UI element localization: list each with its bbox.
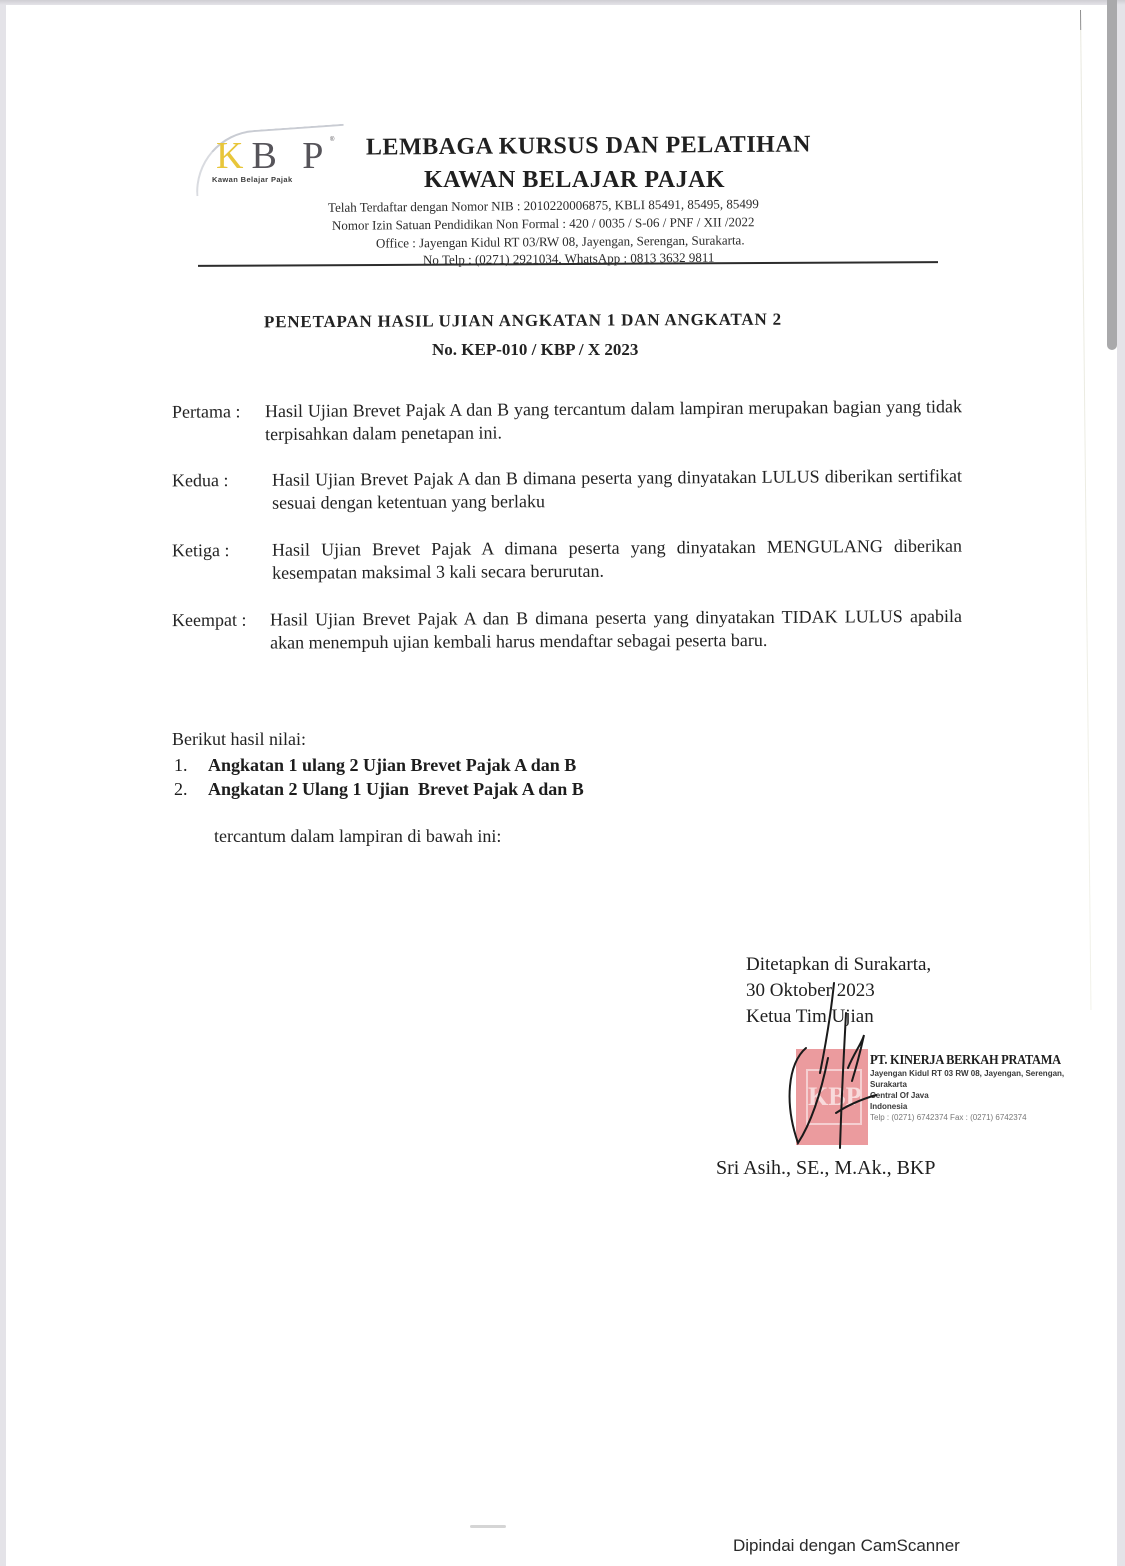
results-outro: tercantum dalam lampiran di bawah ini: bbox=[214, 826, 501, 847]
clause-text: Hasil Ujian Brevet Pajak A dimana pesert… bbox=[272, 535, 962, 585]
stamp-phone-line: Telp : (0271) 6742374 Fax : (0271) 67423… bbox=[870, 1112, 1077, 1123]
list-item: 1.Angkatan 1 ulang 2 Ujian Brevet Pajak … bbox=[174, 753, 584, 777]
results-intro: Berikut hasil nilai: bbox=[172, 729, 306, 750]
vertical-scrollbar[interactable] bbox=[1107, 0, 1117, 360]
stamp-region-line: Central Of Java bbox=[870, 1090, 1077, 1101]
logo-letter-k: K bbox=[216, 135, 251, 177]
clause-text: Hasil Ujian Brevet Pajak A dan B yang te… bbox=[265, 395, 962, 446]
decree-title: PENETAPAN HASIL UJIAN ANGKATAN 1 DAN ANG… bbox=[264, 310, 782, 333]
clause-label: Ketiga : bbox=[172, 539, 230, 562]
letterhead: KB P ® Kawan Belajar Pajak LEMBAGA KURSU… bbox=[186, 123, 946, 273]
list-item-number: 2. bbox=[174, 777, 208, 801]
logo-tagline: Kawan Belajar Pajak bbox=[212, 175, 293, 184]
decree-number: No. KEP-010 / KBP / X 2023 bbox=[432, 340, 638, 360]
office-address-line: Office : Jayengan Kidul RT 03/RW 08, Jay… bbox=[376, 232, 745, 251]
list-item-text: Angkatan 1 ulang 2 Ujian Brevet Pajak A … bbox=[208, 755, 576, 775]
logo-letters: KB P bbox=[216, 137, 331, 175]
scan-smudge bbox=[470, 1525, 506, 1528]
logo-trademark: ® bbox=[330, 137, 334, 143]
clause-text: Hasil Ujian Brevet Pajak A dan B dimana … bbox=[272, 465, 962, 515]
clause-keempat: Keempat : Hasil Ujian Brevet Pajak A dan… bbox=[172, 605, 962, 655]
kbp-logo: KB P ® Kawan Belajar Pajak bbox=[194, 131, 334, 187]
clause-label: Kedua : bbox=[172, 469, 229, 492]
document-page: KB P ® Kawan Belajar Pajak LEMBAGA KURSU… bbox=[6, 5, 1117, 1566]
scrollbar-thumb[interactable] bbox=[1107, 0, 1117, 350]
list-item: 2.Angkatan 2 Ulang 1 Ujian Brevet Pajak … bbox=[174, 777, 584, 801]
clause-label: Pertama : bbox=[172, 400, 241, 423]
clause-text: Hasil Ujian Brevet Pajak A dan B dimana … bbox=[270, 605, 962, 655]
clause-label: Keempat : bbox=[172, 609, 247, 632]
stamp-company-name: PT. KINERJA BERKAH PRATAMA bbox=[870, 1052, 1061, 1068]
paper-edge-fold bbox=[1080, 10, 1091, 1010]
results-list: 1.Angkatan 1 ulang 2 Ujian Brevet Pajak … bbox=[174, 753, 584, 801]
list-item-text: Angkatan 2 Ulang 1 Ujian Brevet Pajak A … bbox=[208, 779, 584, 799]
clause-ketiga: Ketiga : Hasil Ujian Brevet Pajak A dima… bbox=[172, 535, 962, 586]
org-name-line-1: LEMBAGA KURSUS DAN PELATIHAN bbox=[366, 131, 811, 161]
signer-name: Sri Asih., SE., M.Ak., BKP bbox=[716, 1157, 936, 1180]
clause-kedua: Kedua : Hasil Ujian Brevet Pajak A dan B… bbox=[172, 465, 962, 516]
stamp-address-line: Jayengan Kidul RT 03 RW 08, Jayengan, Se… bbox=[870, 1068, 1077, 1079]
list-item-number: 1. bbox=[174, 753, 208, 777]
stamp-city-line: Surakarta bbox=[870, 1079, 1077, 1090]
stamp-company-info: PT. KINERJA BERKAH PRATAMA Jayengan Kidu… bbox=[870, 1052, 1077, 1123]
stamp-country-line: Indonesia bbox=[870, 1101, 1077, 1112]
org-name-line-2: KAWAN BELAJAR PAJAK bbox=[424, 167, 725, 194]
logo-letters-bp: B P bbox=[251, 135, 331, 177]
license-line: Nomor Izin Satuan Pendidikan Non Formal … bbox=[332, 214, 755, 234]
camscanner-watermark: Dipindai dengan CamScanner bbox=[733, 1536, 960, 1556]
handwritten-signature bbox=[776, 973, 896, 1153]
registration-line: Telah Terdaftar dengan Nomor NIB : 20102… bbox=[328, 196, 759, 216]
clause-pertama: Pertama : Hasil Ujian Brevet Pajak A dan… bbox=[172, 395, 962, 447]
